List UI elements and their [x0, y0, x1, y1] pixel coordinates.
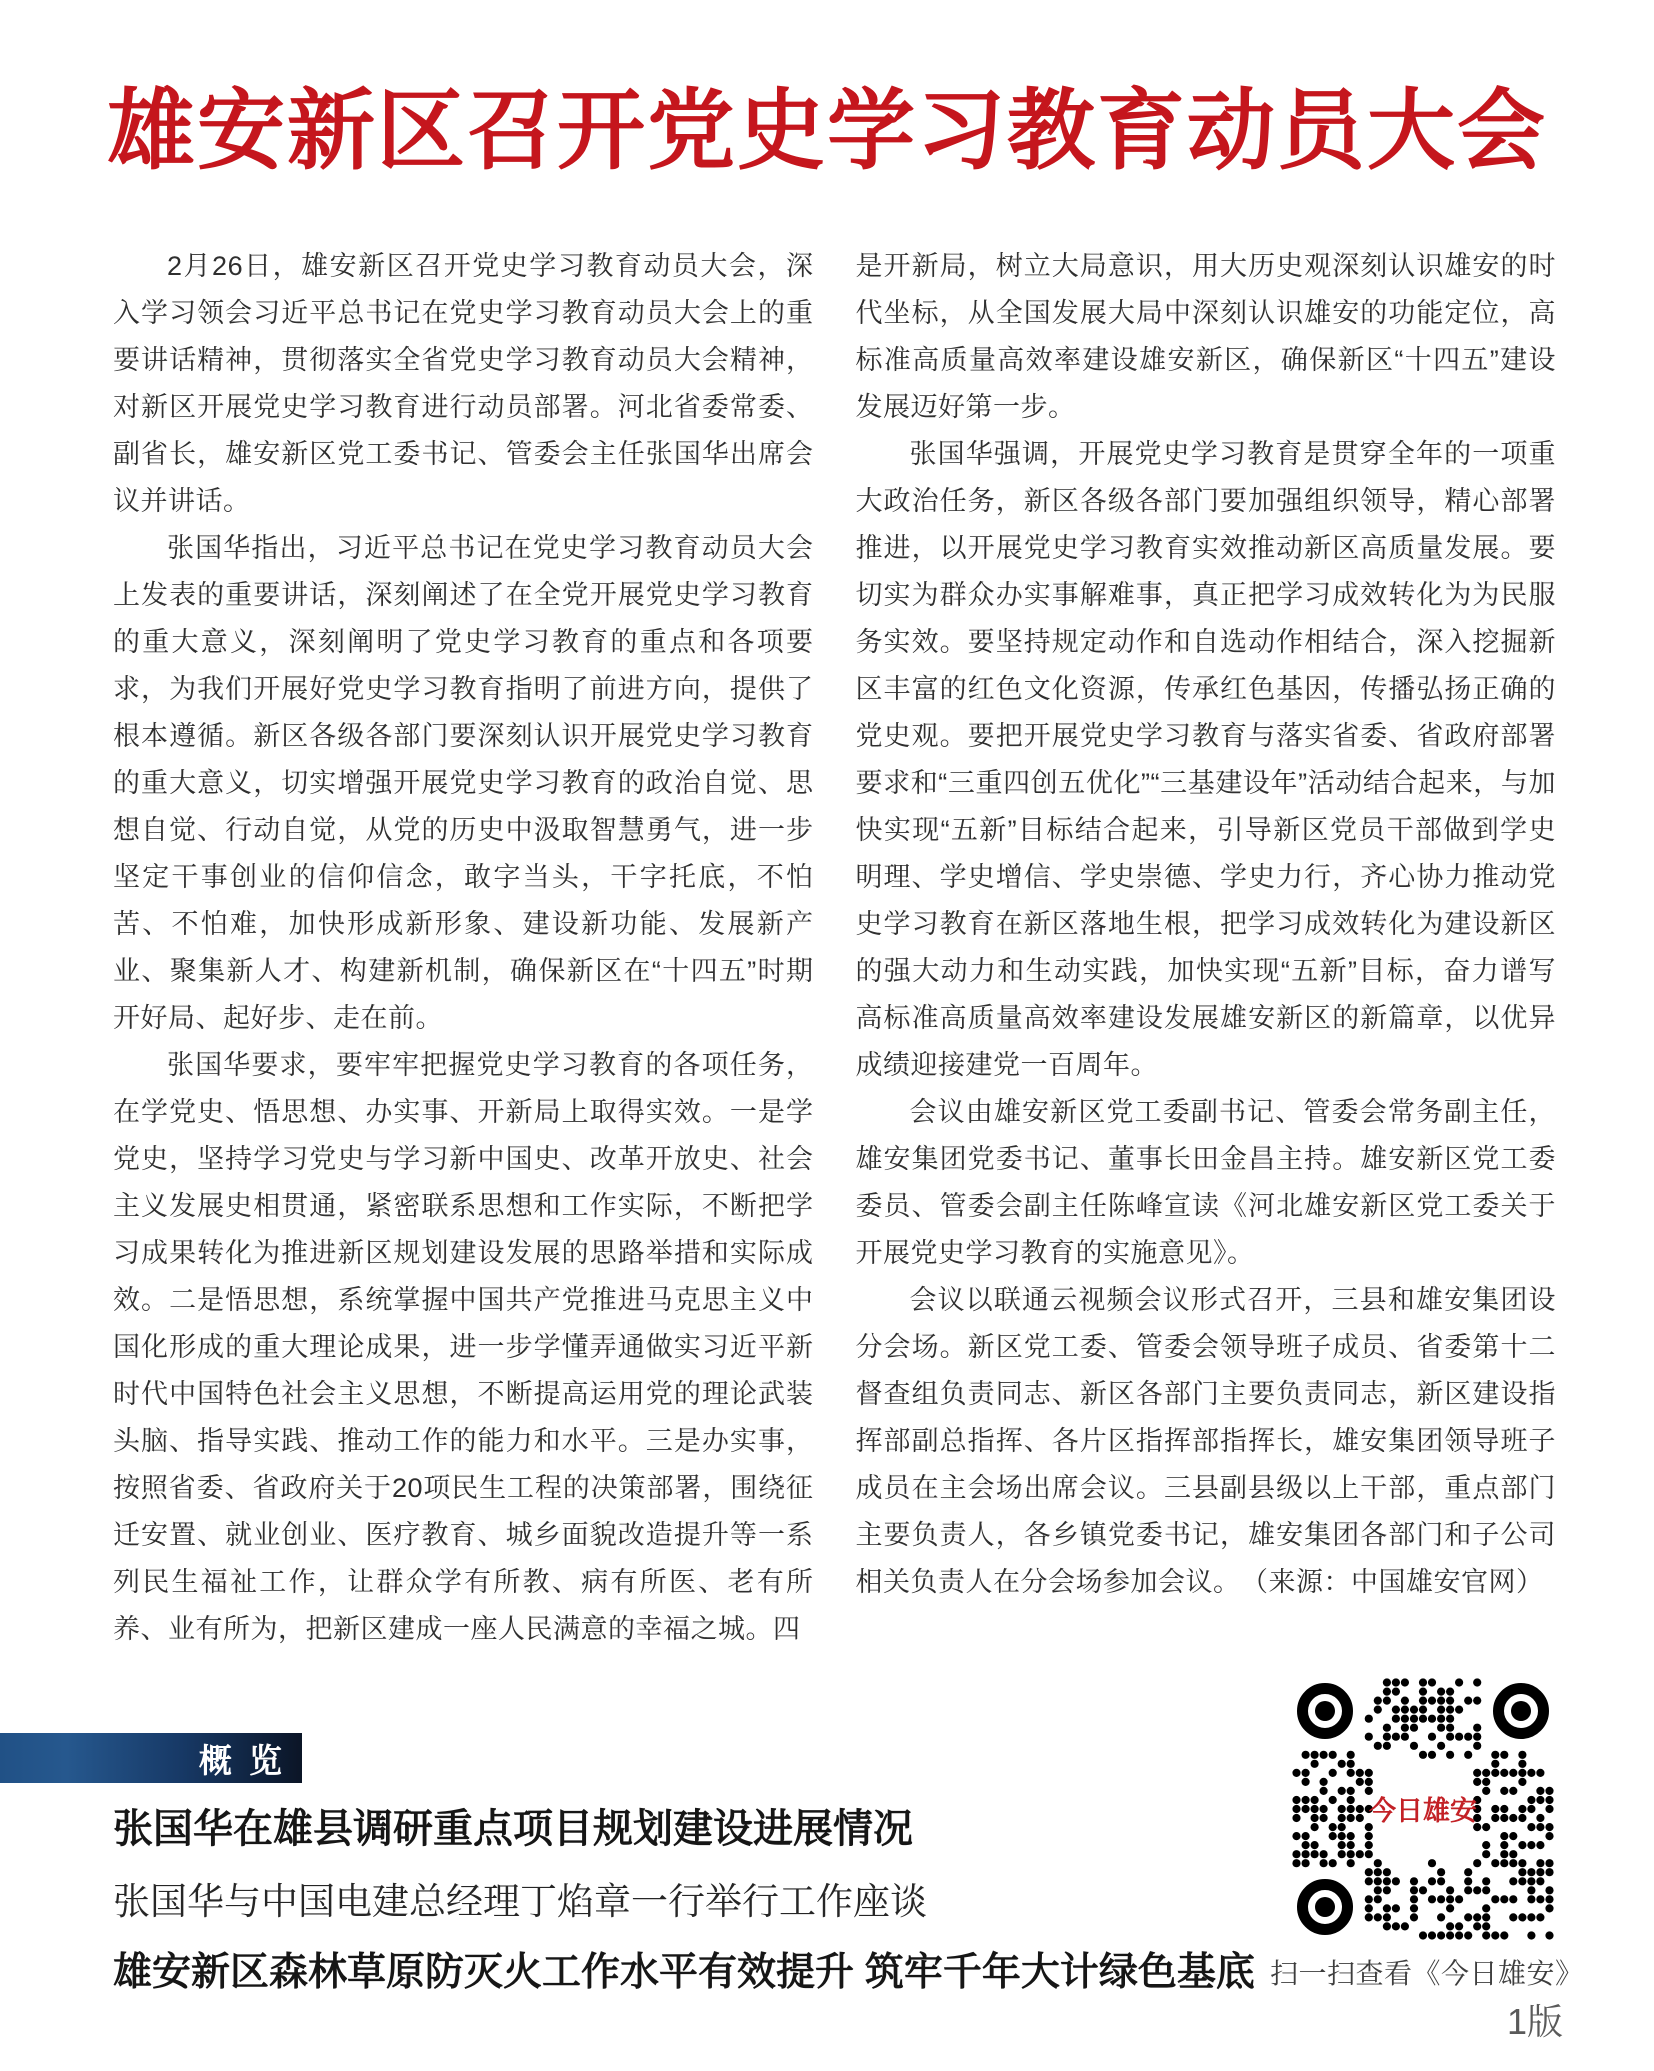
article-column-left: 2月26日，雄安新区召开党史学习教育动员大会，深入学习领会习近平总书记在党史学习…	[113, 243, 814, 1653]
qr-center-label: 今日雄安	[1369, 1795, 1477, 1827]
article-paragraph-continuation: 是开新局，树立大局意识，用大历史观深刻认识雄安的时代坐标，从全国发展大局中深刻认…	[856, 243, 1557, 431]
article-paragraph: 张国华要求，要牢牢把握党史学习教育的各项任务，在学党史、悟思想、办实事、开新局上…	[113, 1042, 814, 1653]
article-paragraph: 张国华指出，习近平总书记在党史学习教育动员大会上发表的重要讲话，深刻阐述了在全党…	[113, 525, 814, 1042]
article-paragraph: 2月26日，雄安新区召开党史学习教育动员大会，深入学习领会习近平总书记在党史学习…	[113, 243, 814, 525]
overview-section-bar: 概 览	[0, 1733, 302, 1783]
page-title: 雄安新区召开党史学习教育动员大会	[0, 81, 1654, 180]
newspaper-page: 雄安新区召开党史学习教育动员大会 2月26日，雄安新区召开党史学习教育动员大会，…	[0, 0, 1654, 2071]
qr-caption: 扫一扫查看《今日雄安》	[1270, 1952, 1576, 1992]
article-body: 2月26日，雄安新区召开党史学习教育动员大会，深入学习领会习近平总书记在党史学习…	[113, 243, 1556, 1653]
article-column-right: 是开新局，树立大局意识，用大历史观深刻认识雄安的时代坐标，从全国发展大局中深刻认…	[856, 243, 1557, 1653]
article-paragraph: 会议由雄安新区党工委副书记、管委会常务副主任，雄安集团党委书记、董事长田金昌主持…	[856, 1089, 1557, 1277]
page-number: 1版	[1507, 1994, 1563, 2045]
overview-headline-1: 张国华在雄县调研重点项目规划建设进展情况	[113, 1797, 913, 1854]
qr-code: 今日雄安	[1292, 1678, 1554, 1940]
overview-headline-3: 雄安新区森林草原防灭火工作水平有效提升 筑牢千年大计绿色基底	[113, 1941, 1255, 1997]
article-paragraph: 会议以联通云视频会议形式召开，三县和雄安集团设分会场。新区党工委、管委会领导班子…	[856, 1277, 1557, 1606]
article-paragraph: 张国华强调，开展党史学习教育是贯穿全年的一项重大政治任务，新区各级各部门要加强组…	[856, 431, 1557, 1089]
overview-section-label: 概 览	[199, 1735, 286, 1782]
qr-code-graphic: 今日雄安	[1292, 1678, 1554, 1940]
overview-headline-2: 张国华与中国电建总经理丁焰章一行举行工作座谈	[113, 1871, 927, 1925]
